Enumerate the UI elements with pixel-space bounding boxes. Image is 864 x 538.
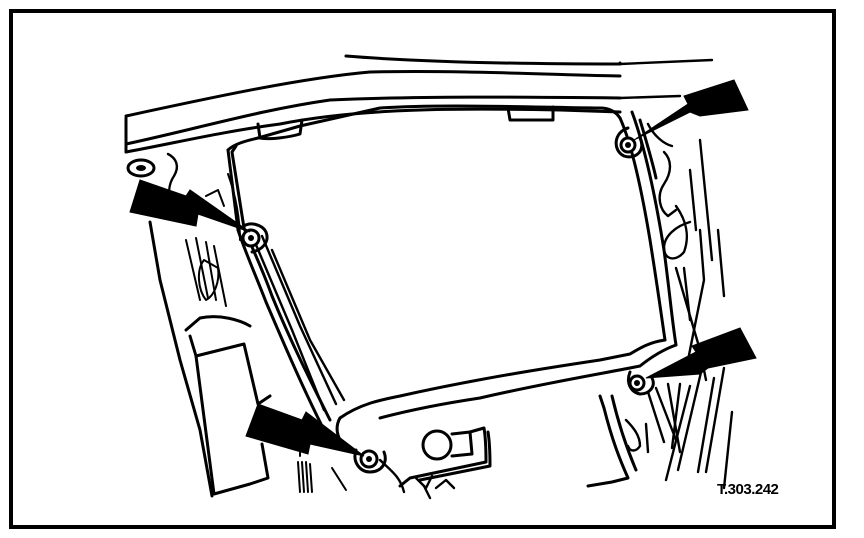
figure-reference-label: T.303.242 (717, 481, 778, 498)
panel-outline (228, 106, 676, 440)
lower-right-bolt (628, 372, 653, 394)
lower-center-bracket (380, 428, 490, 498)
technical-illustration (0, 0, 864, 538)
lower-right-arrow (646, 328, 756, 378)
upper-right-arrow (634, 80, 748, 140)
arrow-callouts (130, 80, 756, 456)
